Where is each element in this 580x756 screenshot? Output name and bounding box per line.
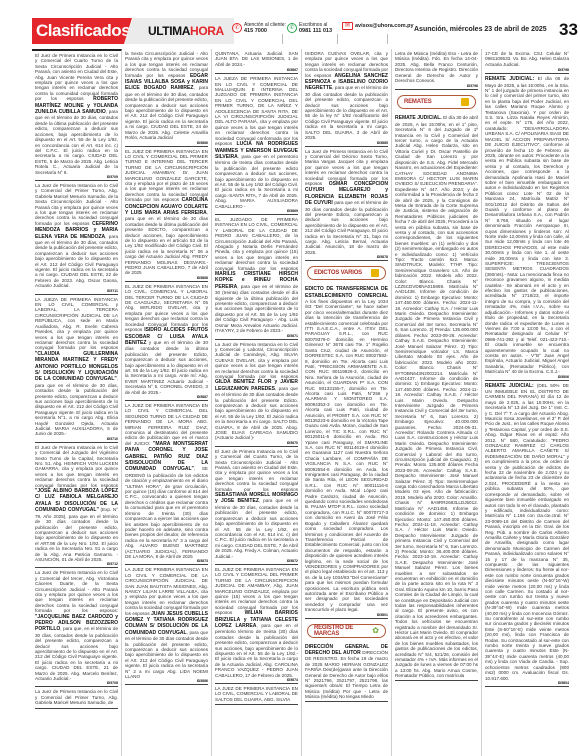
notice-text: A los fines dispuestos en la Ley 1034 /8… bbox=[305, 299, 388, 612]
notice-code: ID5712 bbox=[35, 562, 118, 566]
column-6: 17-CE de la Excma. CSJ. Celular N° 09811… bbox=[482, 49, 572, 756]
notice-text: , para que en el término de 30 días cont… bbox=[125, 630, 208, 679]
notice-code: ID5871 bbox=[215, 334, 298, 338]
contact-value: 0981 111 013 bbox=[299, 28, 332, 34]
legal-notice: El Juez de Primera Instancia en lo Civil… bbox=[35, 51, 118, 181]
notice-text: , para que en el término de 30 días, con… bbox=[125, 85, 208, 140]
notice-text: , para que en el término de 30 días cont… bbox=[215, 386, 298, 441]
edict-icon bbox=[371, 269, 379, 277]
notice-code: ID5806 bbox=[485, 375, 569, 379]
legal-notice: REMATE JUDICIAL: (DEL 50% DE UN INMUEBLE… bbox=[485, 381, 569, 687]
contact-email: ✉ avisos@uhora.com.py bbox=[342, 22, 414, 30]
notice-text: EL JUEZ DE PRIMERA INSTANCIA EN LO CIVIL… bbox=[125, 284, 208, 332]
notice-text: El día 30 de abril de 2025, A las 15:00h… bbox=[395, 115, 478, 678]
page-header: Clasificados ULTIMAHORA ✆ Atención al cl… bbox=[32, 18, 572, 44]
publication-date: Asunción, miércoles 23 de abril de 2025 bbox=[414, 26, 547, 33]
gavel-icon bbox=[461, 98, 469, 106]
legal-notice: EDICTO DE TRANSFERENCIA DE ESTABLECIMIEN… bbox=[305, 284, 388, 618]
notice-code: ID5873 bbox=[125, 559, 208, 563]
notice-text: , para que, en el término de 30 días, co… bbox=[35, 626, 118, 681]
divider bbox=[282, 34, 283, 44]
notice-text: EL JUEZ DE PRIMERA INSTANCIA EN LO CIVIL… bbox=[125, 149, 208, 203]
legal-notice: LA JUEZ DE PRIMERA INSTANCIA EN LO CIVIL… bbox=[215, 684, 298, 705]
contact-value: 415 7000 bbox=[244, 28, 267, 34]
divider bbox=[387, 34, 388, 44]
notice-highlight: REMATE JUDICIAL: bbox=[485, 383, 534, 389]
notice-text: (Exp. N° 79, Año 2025), para que en el t… bbox=[35, 507, 118, 562]
notice-text: El Juez de Primera Instancia en lo Civil… bbox=[215, 449, 298, 492]
notice-text: LA JUEZ DE PRIMERA INSTANCIA EN LO CIVIL… bbox=[215, 686, 298, 702]
notice-text: DIRECCIÓN DE REGISTRO. En fecha 19 de ma… bbox=[305, 650, 388, 699]
notice-text: EL JUEZ DE PRIMERA INSTANCIA EN LO CIVIL… bbox=[215, 567, 298, 615]
section-header: REGISTRO DE MARCAS✿ bbox=[307, 624, 386, 638]
notice-code: ID5887 bbox=[125, 395, 208, 399]
notice-code: ID5886 bbox=[125, 679, 208, 683]
legal-notice: Letra de Música (Inédita) Eso - Letra de… bbox=[395, 49, 478, 90]
column-3: QUINTANA, Actuaria Judicial. SAN JUAN BT… bbox=[212, 49, 302, 756]
legal-notice: LA JUEZA DE PRIMERA INSTANCIA EN LO CIVI… bbox=[35, 295, 118, 443]
legal-notice: la Sexta Circunscripción Judicial - Alto… bbox=[125, 49, 208, 147]
notice-code: ID5711 bbox=[35, 289, 118, 293]
notice-highlight: REMATE JUDICIAL. bbox=[395, 115, 442, 121]
legal-notice: La Juez de Primera Instancia en lo Civil… bbox=[305, 147, 388, 262]
page-number: 33 bbox=[559, 20, 578, 40]
notice-text: , para que en el término de 30 días, con… bbox=[35, 376, 118, 436]
notice-text: El día 06 de Mayo de 2025, a las 15:00hs… bbox=[485, 76, 569, 374]
notice-text: para que en el término de 30 días contad… bbox=[305, 200, 388, 255]
column-4: ISIDORA CUEVAS OVELAR, cita y emplaza po… bbox=[302, 49, 392, 756]
notice-text: La Juez de Primera Instancia en lo Civil… bbox=[215, 342, 298, 379]
notice-text: (DEL 50% DE UN INMUEBLE EN EL DISTRITO D… bbox=[485, 383, 569, 681]
notice-code: ID5867 bbox=[215, 68, 298, 72]
notice-text: y que en el término de 30 días contados … bbox=[125, 340, 208, 395]
notice-code: ID5872 bbox=[215, 559, 298, 563]
notice-code: ID5710 bbox=[35, 437, 118, 441]
notice-code: ID5874 bbox=[215, 678, 298, 682]
notice-text: , para que en el término de 30 días, con… bbox=[215, 498, 298, 558]
section-header: EDICTOS VARIOS bbox=[307, 266, 386, 280]
notice-code: ID5885 bbox=[305, 141, 388, 145]
legal-notice: EL JUEZ DE PRIMERA INSTANCIA EN LO CIVIL… bbox=[215, 565, 298, 684]
notice-text: 17-CE de la Excma. CSJ. Celular N° 09811… bbox=[485, 51, 569, 67]
notice-highlight: REMATE JUDICIAL: bbox=[485, 76, 534, 82]
notice-text: El Juez de Primera Instancia en lo Civil… bbox=[35, 445, 118, 488]
mail-icon: ✉ bbox=[342, 22, 353, 30]
notice-code: ID5804 bbox=[485, 681, 569, 685]
notice-text: LA JUEZA DE PRIMERA INSTANCIA EN LO CIVI… bbox=[35, 297, 118, 351]
contact-phone: ✆ Atención al cliente:415 7000 bbox=[232, 22, 286, 34]
newspaper-logo: ULTIMAHORA bbox=[148, 24, 224, 38]
logo-part-2: HORA bbox=[190, 24, 224, 38]
notice-code: ID5866 bbox=[125, 141, 208, 145]
notice-code: ID5796 bbox=[395, 84, 478, 88]
notice-code: ID5708 bbox=[35, 681, 118, 685]
legal-notice: EL JUEZ DE PRIMERA INSTANCIA EN LO CIVIL… bbox=[125, 282, 208, 401]
notice-code: ID5870 bbox=[215, 441, 298, 445]
divider bbox=[337, 34, 338, 44]
notice-text: La Juez de Primera Instancia en lo Civil… bbox=[35, 689, 118, 705]
logo-part-1: ULTIMA bbox=[148, 24, 190, 38]
section-label: EDICTOS VARIOS bbox=[314, 270, 362, 276]
legal-notice: La Juez de Primera Instancia en lo Civil… bbox=[35, 568, 118, 687]
phone-icon: ✆ bbox=[232, 23, 242, 33]
legal-notice: QUINTANA, Actuaria Judicial. SAN JUAN BT… bbox=[215, 49, 298, 74]
notice-text: , para que en el perentorio término de t… bbox=[215, 623, 298, 678]
section-label: REMATES bbox=[404, 99, 432, 105]
notice-text: LA JUEZ DE PRIMERA INSTANCIA EN LO CIVIL… bbox=[125, 567, 208, 615]
notice-code: ID5878 bbox=[305, 255, 388, 259]
notice-code: ID5709 bbox=[35, 175, 118, 179]
legal-notice: El Juez de Primera Instancia en lo Civil… bbox=[35, 443, 118, 569]
legal-notice: EL JUEZ DE PRIMERA INSTANCIA EN LO CIVIL… bbox=[125, 147, 208, 282]
legal-notice: REMATE JUDICIAL. El día 30 de abril de 2… bbox=[395, 113, 478, 680]
notice-text: EL JUZGADO DE PRIMERA INSTANCIA EN LO CI… bbox=[215, 217, 298, 271]
contact-whatsapp: ✆ Escribinos al0981 111 013 bbox=[287, 22, 332, 34]
notice-text: El Juez de Primera Instancia en lo Civil… bbox=[35, 53, 118, 101]
notice-code: ID5798 bbox=[485, 68, 569, 72]
legal-notice: La Juez de Primera Instancia en lo Civil… bbox=[215, 340, 298, 447]
legal-notice: La Juez de Primera Instancia en lo Civil… bbox=[35, 687, 118, 708]
notice-text: La Juez de Primera Instancia en lo Civil… bbox=[35, 570, 118, 613]
notice-text: La Juez de Primera Instancia en lo Civil… bbox=[35, 183, 118, 226]
column-5: Letra de Música (Inédita) Eso - Letra de… bbox=[392, 49, 482, 756]
legal-notice: ISIDORA CUEVAS OVELAR, cita y emplaza po… bbox=[305, 49, 388, 147]
notice-text: Letra de Música (Inédita) Eso - Letra de… bbox=[395, 51, 478, 83]
section-title: Clasificados bbox=[32, 18, 132, 44]
legal-notice: LA JUEZ DE PRIMERA INSTANCIA EN LO CIVIL… bbox=[125, 401, 208, 565]
notice-highlight: "CLAUDIA GUILLERMINA MIRANDA MARTINEZ Y … bbox=[35, 351, 118, 383]
notice-text: , para que en el término de 30 días cont… bbox=[305, 85, 388, 140]
contact-value: avisos@uhora.com.py bbox=[355, 23, 414, 29]
legal-notice: LA JUEZA DE PRIMERA INSTANCIA EN LO CIVI… bbox=[215, 74, 298, 215]
notice-text: , para que en el término de 30 (treinta)… bbox=[215, 284, 298, 333]
notice-text: , SE ORDENÓ la publicación de los edicto… bbox=[125, 466, 208, 559]
legal-notice: El Juez de Primera Instancia en lo Civil… bbox=[215, 447, 298, 565]
notice-text: LA JUEZ DE PRIMERA INSTANCIA EN LO CIVIL… bbox=[125, 403, 208, 446]
column-2: la Sexta Circunscripción Judicial - Alto… bbox=[122, 49, 212, 756]
notice-code: ID5868 bbox=[125, 276, 208, 280]
legal-notice: REMATE JUDICIAL: El día 06 de Mayo de 20… bbox=[485, 74, 569, 380]
notice-code: ID5869 bbox=[215, 209, 298, 213]
notice-text: , para que en el término de 30 días, con… bbox=[35, 234, 118, 289]
notice-highlight: EDICTO DE TRANSFERENCIA DE ESTABLECIMIEN… bbox=[305, 286, 388, 298]
notice-text: , para que en el término de 30 días, con… bbox=[35, 109, 118, 174]
legal-notice: 17-CE de la Excma. CSJ. Celular N° 09811… bbox=[485, 49, 569, 74]
classifieds-columns: El Juez de Primera Instancia en lo Civil… bbox=[32, 49, 572, 756]
legal-notice: DIRECCIÓN GENERAL DE DERECHO DEL AUTOR D… bbox=[305, 642, 388, 702]
legal-notice: LA JUEZ DE PRIMERA INSTANCIA EN LO CIVIL… bbox=[125, 565, 208, 685]
notice-text: , para que en el perentorio término de t… bbox=[215, 154, 298, 209]
notice-text: , para que en el término de 30 días cont… bbox=[125, 210, 208, 275]
whatsapp-icon: ✆ bbox=[287, 23, 297, 33]
notice-code: ID5801 bbox=[305, 613, 388, 617]
section-label: REGISTRO DE MARCAS bbox=[314, 625, 372, 637]
notice-text: LA JUEZA DE PRIMERA INSTANCIA EN LO CIVI… bbox=[215, 76, 298, 146]
legal-notice: La Juez de Primera Instancia en lo Civil… bbox=[35, 181, 118, 295]
column-1: El Juez de Primera Instancia en lo Civil… bbox=[32, 49, 122, 756]
registry-icon: ✿ bbox=[372, 627, 379, 635]
legal-notice: EL JUZGADO DE PRIMERA INSTANCIA EN LO CI… bbox=[215, 215, 298, 340]
section-header: REMATES bbox=[397, 95, 476, 109]
notice-text: QUINTANA, Actuaria Judicial. SAN JUAN BT… bbox=[215, 51, 298, 67]
